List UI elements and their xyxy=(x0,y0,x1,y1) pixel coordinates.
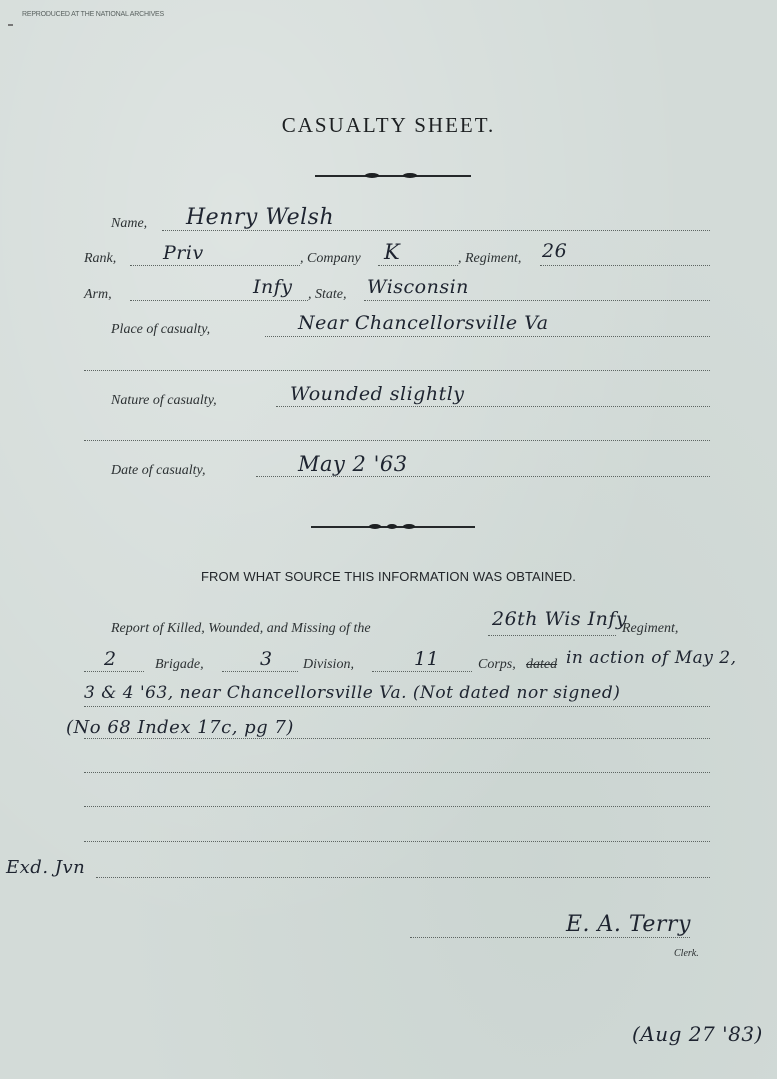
struck-word: dated xyxy=(526,657,557,673)
regiment-value: 26 xyxy=(542,240,567,262)
corps-label: Corps, xyxy=(478,657,516,673)
ornament-divider-top xyxy=(315,171,471,181)
state-line xyxy=(364,300,710,301)
nature-line xyxy=(276,406,710,407)
report-line-4 xyxy=(84,772,710,773)
nature-value: Wounded slightly xyxy=(290,383,465,405)
report-line-6 xyxy=(84,841,710,842)
report-regiment-label: Regiment, xyxy=(622,621,678,637)
name-line xyxy=(162,230,710,231)
report-line2-value: 3 & 4 '63, near Chancellorsville Va. (No… xyxy=(84,683,620,703)
brigade-label: Brigade, xyxy=(155,657,204,673)
state-label: , State, xyxy=(308,287,347,303)
place-value: Near Chancellorsville Va xyxy=(298,312,549,334)
place-line-2 xyxy=(84,370,710,371)
watermark-mark xyxy=(8,24,13,26)
archive-watermark: REPRODUCED AT THE NATIONAL ARCHIVES xyxy=(22,11,164,18)
company-line xyxy=(378,265,458,266)
examined-line xyxy=(96,877,710,878)
report-line-3 xyxy=(84,738,710,739)
date-line xyxy=(256,476,710,477)
date-value: May 2 '63 xyxy=(298,452,408,476)
state-value: Wisconsin xyxy=(367,276,469,298)
brigade-line xyxy=(84,671,144,672)
arm-label: Arm, xyxy=(84,287,112,303)
corps-line xyxy=(372,671,472,672)
place-line xyxy=(265,336,710,337)
ornament-divider-middle xyxy=(311,522,475,532)
date-label: Date of casualty, xyxy=(111,463,206,479)
corps-value: 11 xyxy=(414,648,439,670)
brigade-value: 2 xyxy=(104,648,117,670)
division-line xyxy=(222,671,298,672)
place-label: Place of casualty, xyxy=(111,322,210,338)
report-regiment-value: 26th Wis Infy xyxy=(492,608,627,630)
rank-label: Rank, xyxy=(84,251,116,267)
report-label: Report of Killed, Wounded, and Missing o… xyxy=(111,621,371,637)
name-label: Name, xyxy=(111,216,147,232)
nature-label: Nature of casualty, xyxy=(111,393,217,409)
rank-line xyxy=(130,265,300,266)
source-heading: FROM WHAT SOURCE THIS INFORMATION WAS OB… xyxy=(0,569,777,584)
signature-line xyxy=(410,937,690,938)
report-line-5 xyxy=(84,806,710,807)
nature-line-2 xyxy=(84,440,710,441)
division-value: 3 xyxy=(260,648,273,670)
company-value: K xyxy=(384,240,400,264)
report-line-2 xyxy=(84,706,710,707)
regiment-label: , Regiment, xyxy=(458,251,521,267)
examined-mark: Exd. Jvn xyxy=(6,857,85,878)
regiment-line xyxy=(540,265,710,266)
document-title: CASUALTY SHEET. xyxy=(0,113,777,138)
company-label: , Company xyxy=(300,251,361,267)
arm-value: Infy xyxy=(253,276,293,298)
rank-value: Priv xyxy=(163,242,204,264)
division-label: Division, xyxy=(303,657,354,673)
arm-line xyxy=(130,300,308,301)
clerk-signature: E. A. Terry xyxy=(566,912,691,937)
receipt-date: (Aug 27 '83) xyxy=(632,1022,763,1046)
report-line3-value: (No 68 Index 17c, pg 7) xyxy=(66,717,294,738)
name-value: Henry Welsh xyxy=(186,205,334,230)
report-line1-tail: in action of May 2, xyxy=(566,648,737,668)
clerk-title: Clerk. xyxy=(674,948,699,959)
report-regiment-line xyxy=(488,635,616,636)
